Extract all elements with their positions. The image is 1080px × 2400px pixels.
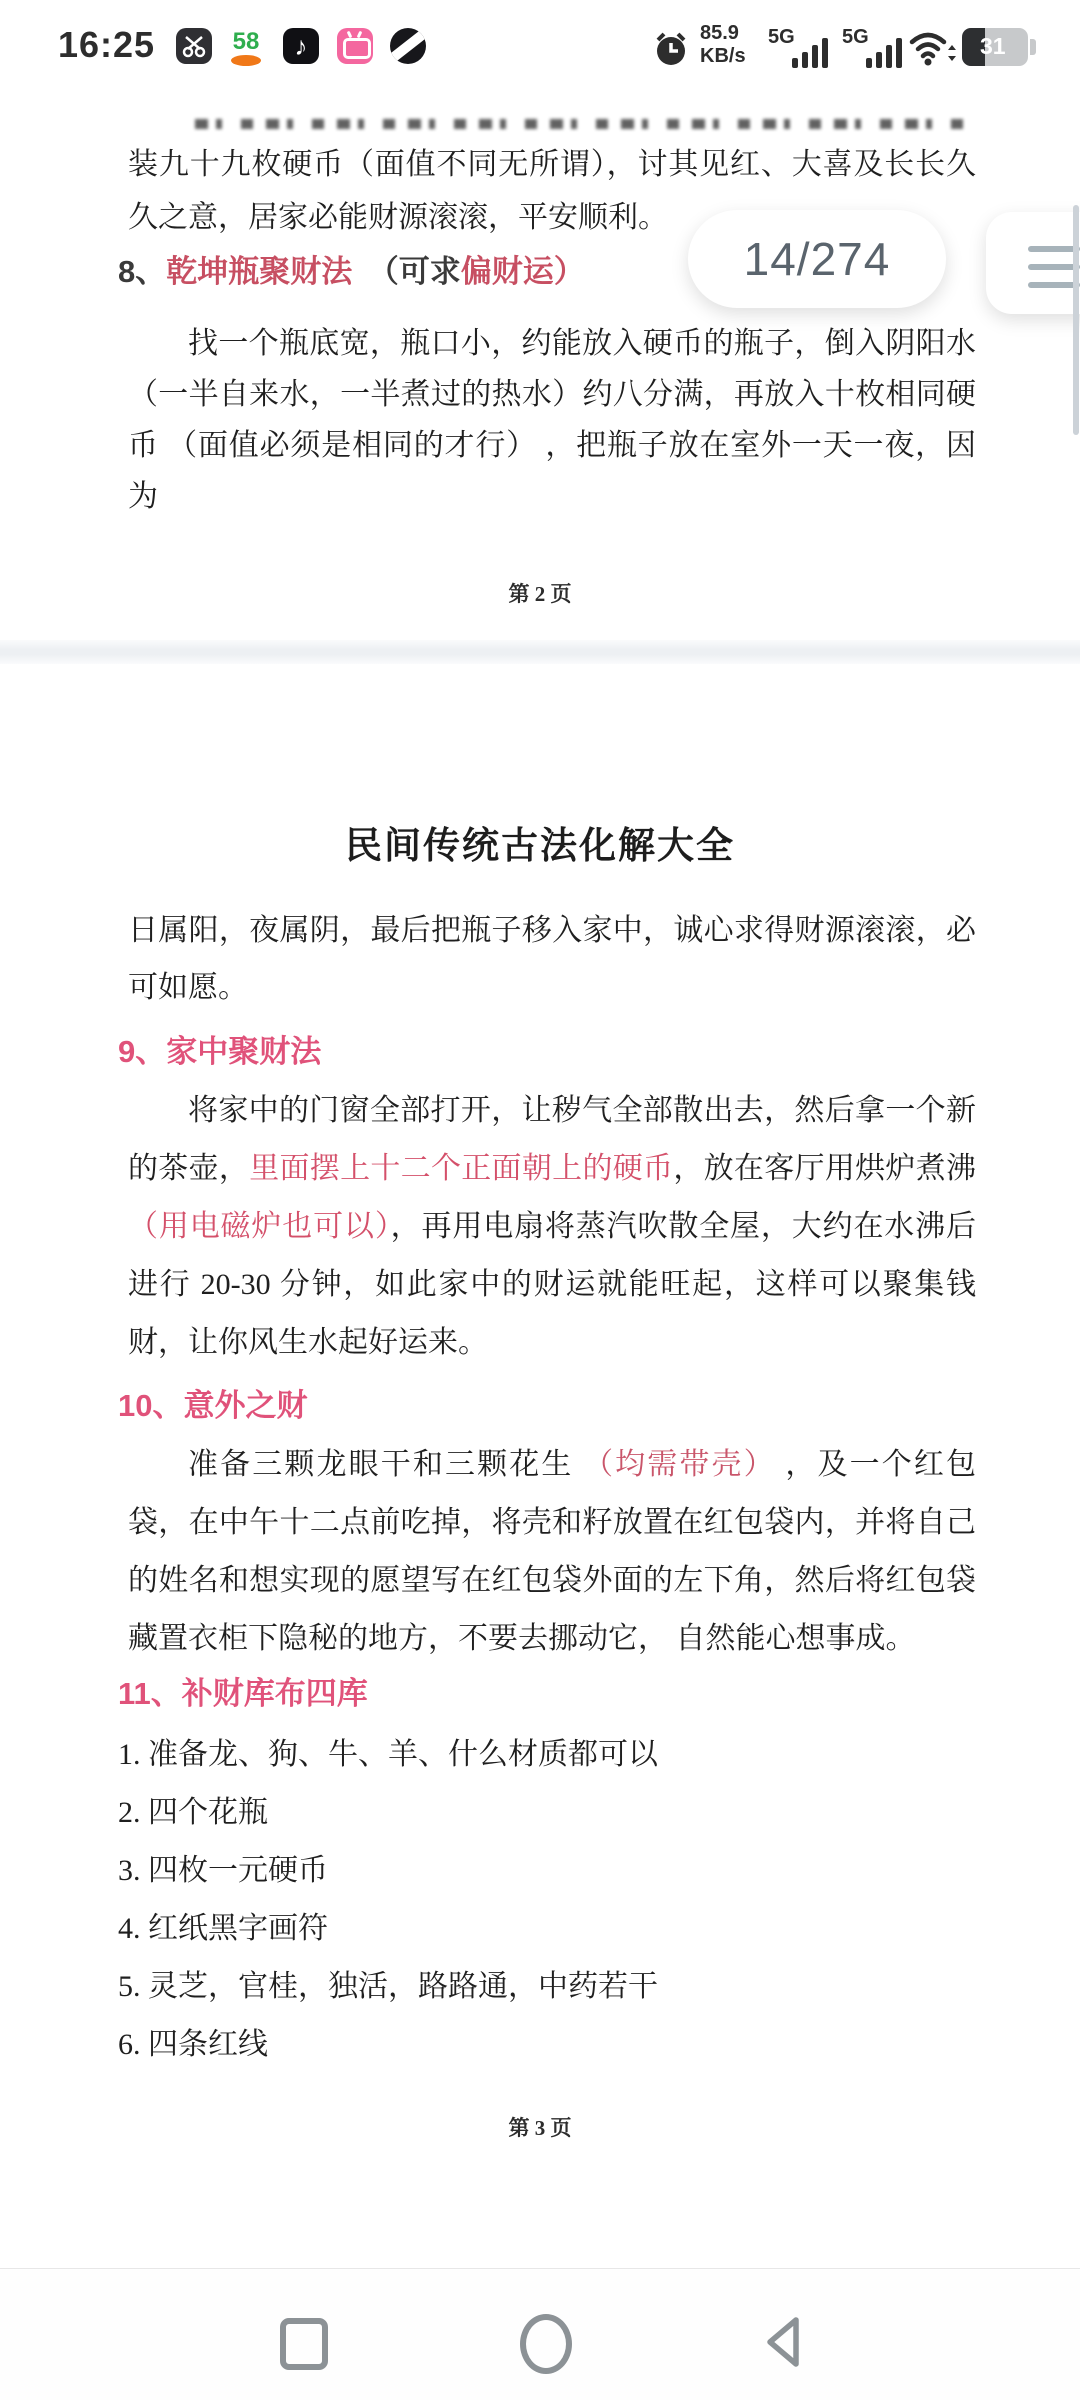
back-button[interactable]	[762, 2314, 806, 2375]
wifi-icon	[908, 28, 956, 73]
numbered-list: 1. 准备龙、狗、牛、羊、什么材质都可以 2. 四个花瓶 3. 四枚一元硬币 4…	[118, 1726, 966, 2074]
page-indicator-text: 14/274	[744, 232, 891, 286]
heading-11-treasury: 11、补财库布四库	[118, 1668, 368, 1713]
sim2-signal-icon	[866, 36, 906, 73]
network-speed: 85.9 KB/s	[700, 22, 746, 68]
text-segment: ，放在客厅用烘炉煮沸	[673, 1152, 976, 1185]
list-item: 1. 准备龙、狗、牛、羊、什么材质都可以	[118, 1726, 966, 1784]
highlighted-text: （用电磁炉也可以）	[128, 1210, 391, 1243]
home-button[interactable]	[520, 2314, 572, 2374]
paragraph-home-wealth: 将家中的门窗全部打开，让秽气全部散出去，然后拿一个新的茶壶，里面摆上十二个正面朝…	[128, 1082, 976, 1372]
paragraph-unexpected-wealth: 准备三颗龙眼干和三颗花生 （均需带壳） ，及一个红包袋，在中午十二点前吃掉，将壳…	[128, 1436, 976, 1668]
battery-icon: 31	[962, 28, 1028, 66]
page-3-footer: 第 3 页	[0, 2112, 1080, 2142]
highlighted-text: 乾坤瓶聚财法	[166, 254, 352, 289]
menu-button[interactable]	[986, 212, 1080, 314]
status-bar: 16:25 58 ♪	[0, 0, 1080, 100]
text-segment: 准备三颗龙眼干和三颗花生	[188, 1448, 583, 1481]
highlighted-text: 里面摆上十二个正面朝上的硬币	[249, 1152, 673, 1185]
battery-percent: 31	[980, 33, 1006, 60]
heading-8-qiankun-bottle: 8、乾坤瓶聚财法 （可求偏财运）	[118, 246, 585, 291]
58-blob	[231, 55, 261, 66]
list-item: 6. 四条红线	[118, 2016, 966, 2074]
list-item: 4. 红纸黑字画符	[118, 1900, 966, 1958]
document-title: 民间传统古法化解大全	[0, 815, 1080, 869]
sim1-5g-label: 5G	[768, 26, 795, 49]
sim2-5g-label: 5G	[842, 26, 869, 49]
battery-nub	[1030, 39, 1036, 55]
list-item: 2. 四个花瓶	[118, 1784, 966, 1842]
screen: 16:25 58 ♪	[0, 0, 1080, 2400]
page-2-footer: 第 2 页	[0, 578, 1080, 608]
paragraph-yin-yang: 日属阳，夜属阴，最后把瓶子移入家中，诚心求得财源滚滚，必可如愿。	[128, 902, 976, 1016]
scrollbar[interactable]	[1073, 205, 1079, 435]
bilibili-icon	[337, 28, 373, 64]
recents-button[interactable]	[280, 2318, 328, 2370]
text-segment: 8、	[118, 254, 166, 289]
browser-sphere-icon	[390, 28, 426, 64]
network-speed-unit: KB/s	[700, 45, 746, 68]
text-segment: （可求	[352, 254, 461, 289]
sim1-signal-icon	[792, 36, 832, 73]
page-indicator-pill[interactable]: 14/274	[688, 210, 946, 308]
page-break	[0, 640, 1080, 664]
heading-10-unexpected-wealth: 10、意外之财	[118, 1380, 307, 1425]
partial-text-line	[195, 119, 963, 129]
douyin-icon: ♪	[283, 28, 319, 64]
list-item: 3. 四枚一元硬币	[118, 1842, 966, 1900]
alarm-clock-icon	[652, 30, 690, 73]
sphere-band	[390, 28, 426, 64]
heading-9-home-wealth: 9、家中聚财法	[118, 1026, 321, 1071]
clock-time: 16:25	[58, 24, 155, 66]
list-item: 5. 灵芝，官桂，独活，路路通，中药若干	[118, 1958, 966, 2016]
network-speed-value: 85.9	[700, 22, 746, 45]
58-glyph: 58	[233, 28, 260, 55]
highlighted-text: 偏财运）	[461, 254, 585, 289]
screenshot-notification-icon	[176, 28, 212, 64]
58-app-icon: 58	[228, 28, 264, 64]
highlighted-text: （均需带壳）	[583, 1448, 776, 1481]
paragraph-bottle-method: 找一个瓶底宽，瓶口小，约能放入硬币的瓶子，倒入阴阳水（一半自来水，一半煮过的热水…	[128, 318, 976, 522]
bilibili-tv-glyph	[343, 38, 371, 59]
